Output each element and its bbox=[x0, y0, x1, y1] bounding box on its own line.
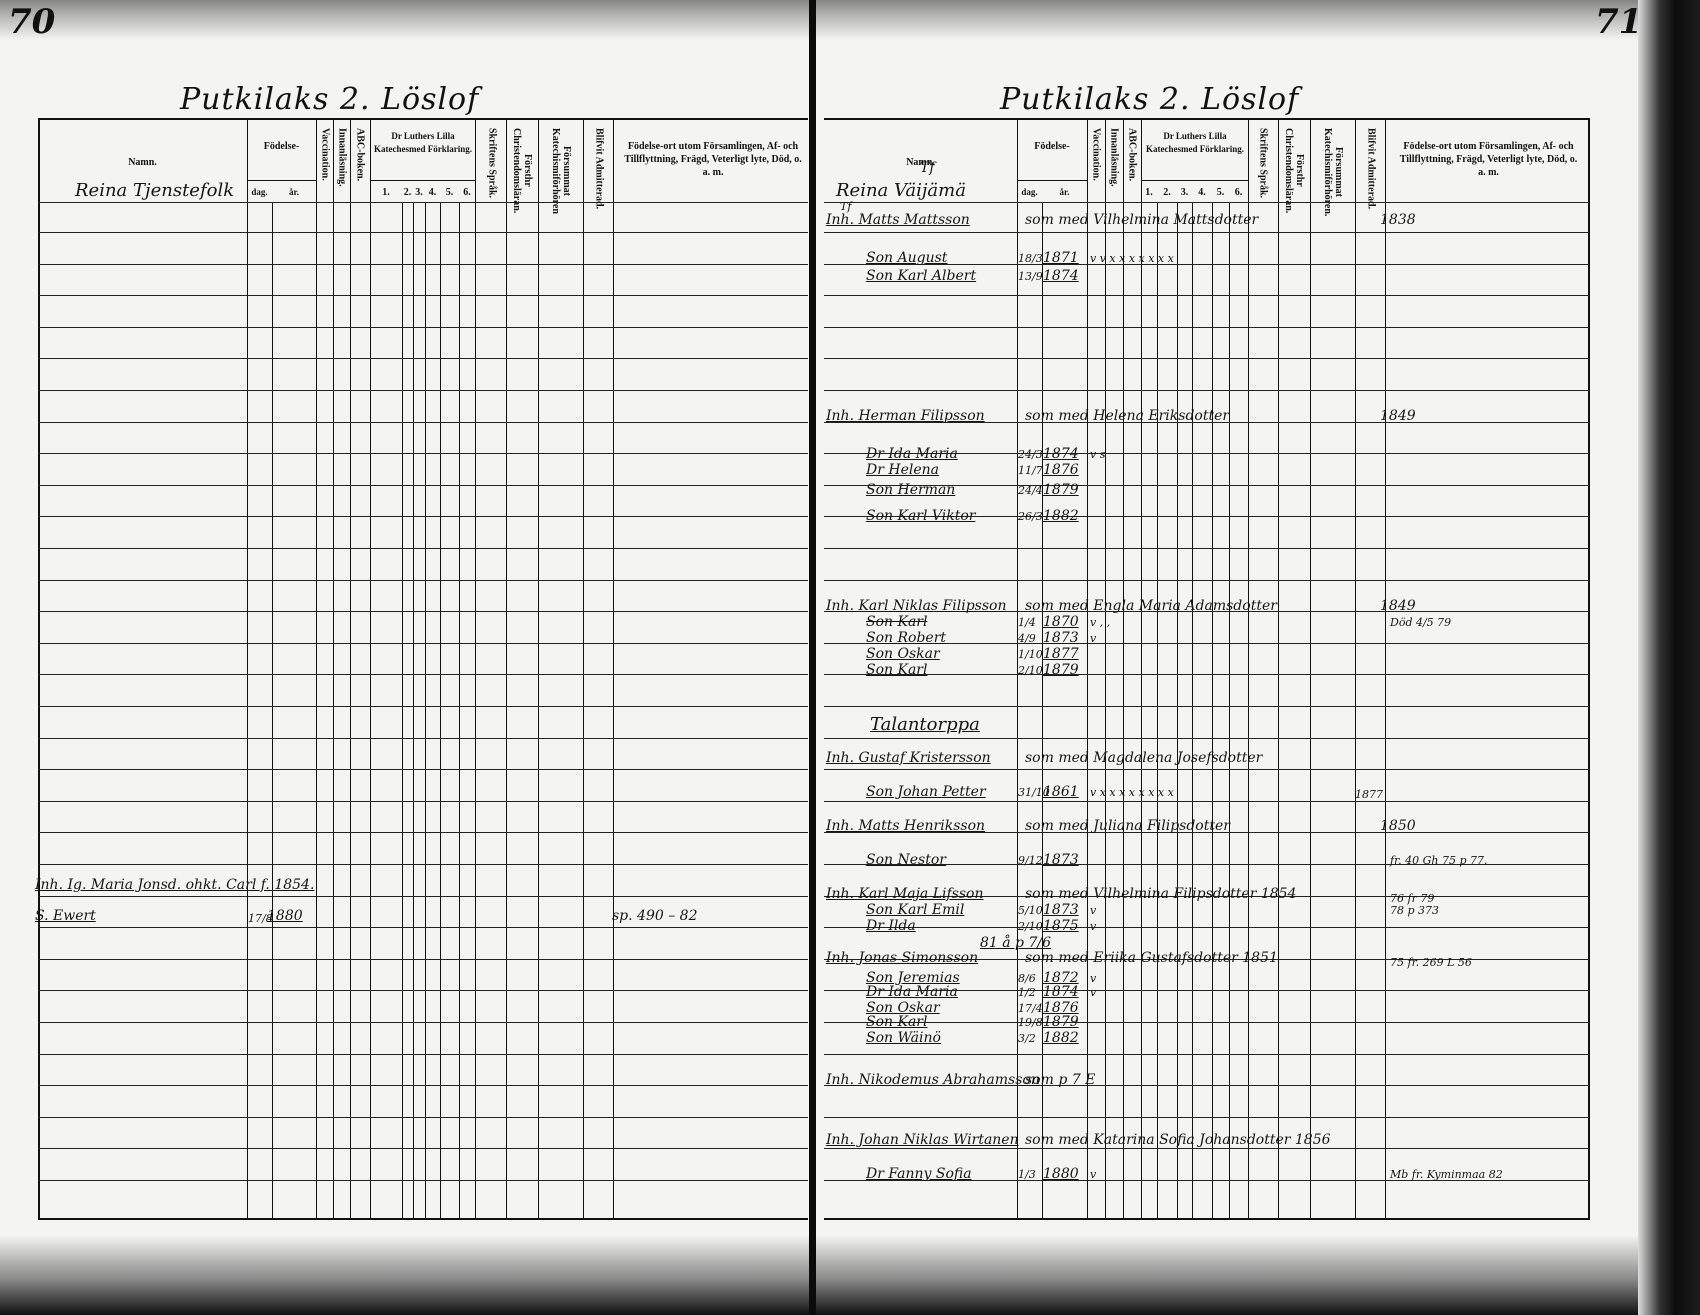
ruled-line bbox=[38, 674, 808, 675]
entry-birth-day: 1/2 bbox=[1018, 986, 1036, 999]
entry-birth-day: 1/3 bbox=[1018, 1168, 1036, 1181]
entry-birth-year: 1879 bbox=[1043, 1014, 1079, 1030]
entry-birth-year: 1882 bbox=[1043, 508, 1079, 524]
entry-birth-year: 1871 bbox=[1043, 250, 1079, 266]
ruled-line bbox=[824, 674, 1590, 675]
col-scripture-header: Skriftens Språk. bbox=[483, 128, 501, 212]
col-luther-2: 2. bbox=[402, 186, 413, 199]
col-birth-year-header: år. bbox=[1042, 186, 1087, 199]
entry-spouse-text: som med Eriika Gustafsdotter 1851 bbox=[1025, 950, 1278, 966]
col-luther-6: 6. bbox=[1229, 186, 1248, 199]
right-page-number: 71 bbox=[1595, 2, 1642, 42]
left-page-number: 70 bbox=[8, 2, 55, 42]
ruled-line bbox=[38, 453, 808, 454]
col-luther-4: 4. bbox=[425, 186, 440, 199]
ruled-line bbox=[824, 927, 1590, 928]
entry-name: Son Wäinö bbox=[866, 1030, 941, 1046]
ruled-line bbox=[824, 738, 1590, 739]
left-section-title: Reina Tjenstefolk bbox=[75, 180, 234, 201]
ruled-line bbox=[824, 769, 1590, 770]
entry-year-note: 1849 bbox=[1380, 598, 1416, 614]
col-abc-header: ABC-boken. bbox=[352, 128, 368, 212]
entry-birth-day: 11/7 bbox=[1018, 464, 1043, 477]
col-birth-year-header: år. bbox=[272, 186, 316, 199]
ruled-line bbox=[824, 232, 1590, 233]
entry-mark: Tf bbox=[840, 200, 851, 213]
entry-remarks: Mb fr. Kyminmaa 82 bbox=[1390, 1168, 1503, 1181]
entry-checks: v v x x x x x x x bbox=[1090, 252, 1174, 265]
entry-remarks: 75 fr. 269 L 56 bbox=[1390, 956, 1472, 969]
ruled-line bbox=[824, 548, 1590, 549]
entry-checks: v bbox=[1090, 920, 1096, 933]
entry-name: Inh. Gustaf Kristersson bbox=[826, 750, 991, 766]
col-birth-header: Födelse- bbox=[1017, 140, 1087, 153]
entry-birth-day: 5/10 bbox=[1018, 904, 1043, 917]
entry-birth-year: 1861 bbox=[1043, 784, 1079, 800]
entry-birth-day: 1/10 bbox=[1018, 648, 1043, 661]
ruled-line bbox=[38, 832, 808, 833]
ruled-line bbox=[38, 1117, 808, 1118]
entry-year-note: 1850 bbox=[1380, 818, 1416, 834]
entry-name: Son Herman bbox=[866, 482, 955, 498]
col-vaccination-header: Vaccination. bbox=[318, 128, 332, 212]
entry-name: Son Karl Emil bbox=[866, 902, 964, 918]
ruled-line bbox=[824, 580, 1590, 581]
entry-name: Son Johan Petter bbox=[866, 784, 986, 800]
ruled-line bbox=[38, 327, 808, 328]
entry-name: Dr Helena bbox=[866, 462, 939, 478]
left-register-table: Namn. Födelse- dag. år. Vaccination. Inn… bbox=[38, 118, 808, 1220]
ruled-line bbox=[38, 548, 808, 549]
entry-birth-day: 4/9 bbox=[1018, 632, 1036, 645]
ruled-line bbox=[824, 1148, 1590, 1149]
ruled-line bbox=[38, 358, 808, 359]
entry-name: Inh. Herman Filipsson bbox=[826, 408, 985, 424]
left-page-title: Putkilaks 2. Löslof bbox=[180, 82, 479, 117]
col-luther-1: 1. bbox=[1141, 186, 1157, 199]
ruled-line bbox=[824, 1022, 1590, 1023]
col-luther-header: Dr Luthers Lilla Katechesmed Förklaring. bbox=[1143, 130, 1247, 156]
entry-spouse-text: som med Katarina Sofia Johansdotter 1856 bbox=[1025, 1132, 1331, 1148]
entry-spouse-text: som med Helena Eriksdotter bbox=[1025, 408, 1229, 424]
entry-name: Inh. Karl Niklas Filipsson bbox=[826, 598, 1006, 614]
entry-checks: v bbox=[1090, 1168, 1096, 1181]
entry-birth-year: 1873 bbox=[1043, 630, 1079, 646]
ruled-line bbox=[38, 1180, 808, 1181]
ruled-line bbox=[38, 706, 808, 707]
col-scripture-header: Skriftens Språk. bbox=[1254, 128, 1272, 212]
entry-birth-day: 2/10 bbox=[1018, 920, 1043, 933]
entry-birth-year: 1879 bbox=[1043, 662, 1079, 678]
col-luther-5: 5. bbox=[1212, 186, 1229, 199]
entry-year-note: 1838 bbox=[1380, 212, 1416, 228]
entry-name: 81 å p 7/6 bbox=[980, 935, 1051, 951]
entry-checks: v x x x x x x x x bbox=[1090, 786, 1174, 799]
col-christian-doctrine-header: Försthr Christendomsläran. bbox=[1282, 128, 1306, 212]
entry-name: Inh. Johan Niklas Wirtanen bbox=[826, 1132, 1019, 1148]
ruled-line bbox=[824, 327, 1590, 328]
ruled-line bbox=[38, 801, 808, 802]
entry-name: Dr Ida Maria bbox=[866, 446, 958, 462]
entry-birth-year: 1874 bbox=[1043, 268, 1079, 284]
ruled-line bbox=[824, 801, 1590, 802]
entry-remarks: fr. 40 Gh 75 p 77. bbox=[1390, 854, 1488, 867]
col-name-header: Namn. bbox=[38, 156, 247, 169]
col-remarks-header: Födelse-ort utom Församlingen, Af- och T… bbox=[623, 140, 803, 179]
ruled-line bbox=[38, 864, 808, 865]
ruled-line bbox=[38, 1085, 808, 1086]
ruled-line bbox=[824, 706, 1590, 707]
ruled-line bbox=[38, 485, 808, 486]
entry-name: Dr Ilda bbox=[866, 918, 916, 934]
entry-birth-day: 13/9 bbox=[1018, 270, 1043, 283]
col-missed-catechism-header: Försummat Katechismiförhören. bbox=[1318, 128, 1348, 212]
ruled-line bbox=[38, 611, 808, 612]
ruled-line bbox=[824, 358, 1590, 359]
entry-birth-year: 1874 bbox=[1043, 984, 1079, 1000]
entry-name: Inh. Matts Mattsson bbox=[826, 212, 970, 228]
ruled-line bbox=[38, 1148, 808, 1149]
entry-birth-day: 2/10 bbox=[1018, 664, 1043, 677]
col-birth-day-header: dag. bbox=[1017, 186, 1042, 199]
entry-birth-day: 3/2 bbox=[1018, 1032, 1036, 1045]
ruled-line bbox=[38, 516, 808, 517]
col-luther-4: 4. bbox=[1192, 186, 1212, 199]
right-page-title: Putkilaks 2. Löslof bbox=[1000, 82, 1299, 117]
entry-birth-day: 26/3 bbox=[1018, 510, 1043, 523]
col-luther-1: 1. bbox=[370, 186, 402, 199]
col-luther-6: 6. bbox=[459, 186, 475, 199]
entry-spouse-text: som med Engla Maria Adamsdotter bbox=[1025, 598, 1277, 614]
entry-name: Son Karl bbox=[866, 614, 927, 630]
entry-spouse-text: som p 7 E bbox=[1025, 1072, 1095, 1088]
entry-admitted: 1877 bbox=[1355, 788, 1383, 801]
entry-birth-year: 1873 bbox=[1043, 902, 1079, 918]
entry-birth-day: 19/8 bbox=[1018, 1016, 1043, 1029]
entry-name: Inh. Nikodemus Abrahamsson bbox=[826, 1072, 1040, 1088]
entry-birth-year: 1880 bbox=[1043, 1166, 1079, 1182]
entry-birth-day: 18/3 bbox=[1018, 252, 1043, 265]
entry-checks: v bbox=[1090, 972, 1096, 985]
entry-spouse-text: som med Juliana Filipsdotter bbox=[1025, 818, 1230, 834]
entry-spouse-text: som med Vilhelmina Mattsdotter bbox=[1025, 212, 1258, 228]
entry-checks: v , , bbox=[1090, 616, 1110, 629]
book-binding bbox=[809, 0, 816, 1315]
left-entry-remarks: sp. 490 – 82 bbox=[612, 908, 697, 924]
col-admitted-header: Blifvit Admitterad. bbox=[1360, 128, 1382, 212]
ruled-line bbox=[824, 1117, 1590, 1118]
col-remarks-header: Födelse-ort utom Församlingen, Af- och T… bbox=[1396, 140, 1581, 179]
entry-name: Inh. Karl Maja Lifsson bbox=[826, 886, 983, 902]
col-luther-3: 3. bbox=[413, 186, 425, 199]
col-abc-header: ABC-boken. bbox=[1125, 128, 1139, 212]
entry-birth-day: 17/4 bbox=[1018, 1002, 1043, 1015]
ruled-line bbox=[824, 390, 1590, 391]
col-birth-day-header: dag. bbox=[247, 186, 272, 199]
entry-name: Son Karl bbox=[866, 1014, 927, 1030]
entry-name: Son Karl Viktor bbox=[866, 508, 975, 524]
ruled-line bbox=[38, 738, 808, 739]
entry-name: Son August bbox=[866, 250, 947, 266]
entry-checks: v s bbox=[1090, 448, 1105, 461]
entry-birth-day: 9/12 bbox=[1018, 854, 1043, 867]
left-entry-head: Inh. Ig. Maria Jonsd. ohkt. Carl f. 1854… bbox=[35, 877, 314, 893]
ruled-line bbox=[824, 295, 1590, 296]
entry-birth-day: 1/4 bbox=[1018, 616, 1036, 629]
entry-year-note: 1849 bbox=[1380, 408, 1416, 424]
ruled-line bbox=[824, 1054, 1590, 1055]
col-reading-header: Innanläsning. bbox=[1107, 128, 1121, 212]
entry-birth-year: 1875 bbox=[1043, 918, 1079, 934]
entry-name: Son Nestor bbox=[866, 852, 946, 868]
col-luther-5: 5. bbox=[440, 186, 459, 199]
entry-name: Dr Fanny Sofia bbox=[866, 1166, 972, 1182]
entry-birth-day: 24/4 bbox=[1018, 484, 1043, 497]
entry-checks: v bbox=[1090, 632, 1096, 645]
col-luther-3: 3. bbox=[1177, 186, 1192, 199]
left-entry-year: 1880 bbox=[267, 908, 303, 924]
col-admitted-header: Blifvit Admitterad. bbox=[588, 128, 610, 212]
col-christian-doctrine-header: Försthr Christendomsläran. bbox=[510, 128, 534, 212]
entry-name: Inh. Matts Henriksson bbox=[826, 818, 985, 834]
ruled-line bbox=[38, 927, 808, 928]
entry-spouse-text: som med Magdalena Josefsdotter bbox=[1025, 750, 1262, 766]
col-luther-2: 2. bbox=[1157, 186, 1177, 199]
scan-edge-right bbox=[1638, 0, 1700, 1315]
entry-name: Son Oskar bbox=[866, 646, 940, 662]
col-birth-header: Födelse- bbox=[247, 140, 316, 153]
entry-birth-year: 1870 bbox=[1043, 614, 1079, 630]
scan-edge-top bbox=[0, 0, 1700, 40]
ruled-line bbox=[38, 232, 808, 233]
entry-name: Son Karl bbox=[866, 662, 927, 678]
entry-birth-year: 1877 bbox=[1043, 646, 1079, 662]
ruled-line bbox=[38, 390, 808, 391]
entry-checks: v bbox=[1090, 904, 1096, 917]
entry-birth-year: 1876 bbox=[1043, 462, 1079, 478]
right-section-mark: Tf bbox=[920, 160, 935, 176]
ruled-line bbox=[38, 896, 808, 897]
entry-spouse-text: som med Vilhelmina Filipsdotter 1854 bbox=[1025, 886, 1296, 902]
col-reading-header: Innanläsning. bbox=[335, 128, 349, 212]
entry-checks: v bbox=[1090, 986, 1096, 999]
entry-remarks: Död 4/5 79 bbox=[1390, 616, 1451, 629]
scan-edge-bottom bbox=[0, 1235, 1700, 1315]
ruled-line bbox=[38, 1054, 808, 1055]
entry-birth-day: 8/6 bbox=[1018, 972, 1036, 985]
entry-remarks: 78 p 373 bbox=[1390, 904, 1439, 917]
ruled-line bbox=[38, 580, 808, 581]
ruled-line bbox=[38, 295, 808, 296]
entry-name: Talantorppa bbox=[870, 714, 980, 735]
ruled-line bbox=[38, 422, 808, 423]
col-vaccination-header: Vaccination. bbox=[1089, 128, 1103, 212]
entry-birth-year: 1874 bbox=[1043, 446, 1079, 462]
entry-birth-day: 24/3 bbox=[1018, 448, 1043, 461]
ruled-line bbox=[38, 990, 808, 991]
ruled-line bbox=[38, 959, 808, 960]
entry-name: Inh. Jonas Simonsson bbox=[826, 950, 978, 966]
col-luther-header: Dr Luthers Lilla Katechesmed Förklaring. bbox=[372, 130, 474, 156]
entry-birth-year: 1879 bbox=[1043, 482, 1079, 498]
ruled-line bbox=[38, 264, 808, 265]
left-entry-name: S. Ewert bbox=[35, 908, 96, 924]
ruled-line bbox=[38, 643, 808, 644]
col-missed-catechism-header: Försummat Katechismiförhören bbox=[546, 128, 576, 212]
ruled-line bbox=[38, 769, 808, 770]
entry-name: Dr Ida Maria bbox=[866, 984, 958, 1000]
right-section-title: Reina Väijämä bbox=[836, 180, 966, 201]
entry-birth-year: 1882 bbox=[1043, 1030, 1079, 1046]
ruled-line bbox=[38, 1022, 808, 1023]
entry-name: Son Karl Albert bbox=[866, 268, 976, 284]
entry-name: Son Robert bbox=[866, 630, 946, 646]
entry-birth-year: 1873 bbox=[1043, 852, 1079, 868]
